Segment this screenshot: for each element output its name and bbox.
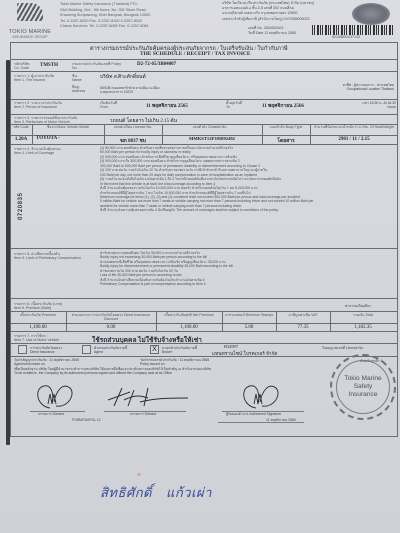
item6-label-th: รายการ 6. เบี้ยประกันภัย (บาท) — [14, 302, 62, 306]
stain-mark — [137, 473, 141, 476]
col-divider — [162, 124, 163, 144]
col-cc-seat-weight: จำนวนที่นั่ง/ขนาด/น้ำหนัก C.C./No. Of Se… — [312, 125, 396, 129]
divider — [10, 248, 398, 249]
broker-code: B32997 — [224, 344, 238, 349]
director1-signature-icon — [32, 380, 76, 410]
handwritten-name: สิทธิศักดิ์แก้วเผ่า — [100, 482, 212, 503]
col-model: ชื่อรถ Motor Vehicle Model — [32, 125, 104, 129]
handwritten-first-name: สิทธิศักดิ์ — [100, 486, 152, 501]
barcode-number: 82108892037133 — [332, 35, 360, 39]
authorized-date: 11 พฤศจิกายน 2565 — [266, 418, 296, 422]
vat-value: 77.35 — [276, 325, 330, 330]
col-divider — [66, 311, 67, 331]
item4-label-th: รายการ 4. จำนวนเงินคุ้มครอง — [14, 147, 61, 151]
address-line: เลขประจำตัวผู้เสียภาษี (สำนักงานใหญ่) 01… — [222, 17, 332, 22]
col-divider — [156, 311, 157, 331]
authorized-signature-icon — [238, 380, 282, 410]
agreement-date-en: Agreement made on — [14, 362, 45, 366]
col-stamps: อากรแสตมป์ Revenue Stamps — [222, 313, 276, 317]
cc-seat-weight: 2981 / 11 / 2.15 — [312, 137, 396, 142]
col-chassis: เลขตัวถัง Chassis No. — [162, 125, 258, 129]
divider — [10, 144, 398, 145]
divider — [10, 99, 398, 100]
vehicle-code: 1.20A — [10, 137, 32, 142]
coverage-line: ทั้งนี้ จำนวนเงินความคุ้มครองตามข้อ 4 นั… — [100, 208, 395, 212]
col-divider — [222, 311, 223, 331]
director2-signature-icon — [104, 384, 190, 408]
period-to: 11 พฤศจิกายน 2566 — [262, 102, 304, 110]
insured-name: บริษัท ส.ศิวะศักดิ์ยนต์ — [100, 73, 146, 81]
total-value: 1,182.35 — [330, 325, 396, 330]
seal-text-line: Tokio Marine — [344, 375, 381, 383]
form-code: FORM/TAXPOL 12 — [72, 418, 101, 422]
seal-text-line: Safety — [344, 383, 381, 391]
side-stamp-number: 0720835 — [18, 192, 24, 220]
agent-label-en: Agent — [94, 350, 103, 354]
director1-caption: กรรมการ Director — [38, 412, 65, 416]
authorized-caption: ผู้รับมอบอำนาจ Authorized Signature — [226, 412, 281, 416]
divider — [10, 323, 398, 324]
preliminary-compensation-text: ค่ารักษาพยาบาลต่อหนึ่งคน ไม่เกิน 30,000 … — [100, 251, 395, 287]
item5-label-en: Item 5. Limit of Preliminary Compensatio… — [14, 256, 81, 260]
tax-date-label: วันที่ Date — [248, 31, 263, 35]
logo-mark-icon — [17, 3, 43, 21]
divider — [10, 71, 398, 72]
item7-label-en: Item 7. Use of Motor Vehicle — [14, 338, 59, 342]
address-label: ที่อยู่: Address — [72, 85, 86, 94]
other-fees-label: ค่าธรรมเนียมอื่นๆ — [345, 304, 371, 308]
net-premium-value: 1,100.00 — [156, 325, 222, 330]
col-divider — [276, 311, 277, 331]
company-seal-icon — [352, 3, 390, 25]
stamps-value: 5.00 — [222, 325, 276, 330]
col-vat: ภาษีมูลค่าเพิ่ม VAT — [276, 313, 330, 317]
col-divider — [310, 124, 311, 144]
col-license: เลขทะเบียน License No. — [104, 125, 162, 129]
policy-document-page: TOKIO MARINE INSURANCE GROUP Tokio Marin… — [0, 0, 400, 533]
from-label: เริ่มต้นวันที่ From — [100, 101, 124, 110]
divider — [10, 59, 398, 60]
company-logo: TOKIO MARINE INSURANCE GROUP — [6, 3, 54, 39]
chassis-no: MMKST12F305092492 — [162, 136, 262, 141]
agent-checkbox — [82, 345, 91, 354]
broker-checkbox: X — [150, 345, 159, 354]
col-net-premium: เบี้ยประกันภัยสุทธิ Net Premium — [156, 313, 222, 317]
divider — [10, 331, 398, 332]
col-divider — [32, 124, 33, 144]
company-address-en: Tokio Marine Safety Insurance (Thailand)… — [60, 2, 200, 30]
compensation-line: Preliminary Compensation is part of comp… — [100, 282, 395, 286]
col-body-type: แบบตัวถัง Body Type — [262, 125, 310, 129]
divider — [10, 343, 398, 344]
logo-sub: INSURANCE GROUP — [6, 35, 54, 39]
vehicle-model: TOYOTA - — [36, 136, 60, 141]
col-divider — [262, 124, 263, 144]
item5-label-th: รายการ 5. ค่าเสียหายเบื้องต้น — [14, 252, 60, 256]
handwritten-last-name: แก้วเผ่า — [166, 486, 212, 501]
co-code-label: รหัสบริษัท Co. Code — [14, 62, 36, 71]
discount-value: 0.00 — [66, 325, 156, 330]
item2-label-th: รายการ 2. ระยะเวลาประกันภัย — [14, 101, 62, 105]
col-divider — [104, 124, 105, 144]
period-time: เวลา 16.30 น. At 16.30 hours — [360, 101, 396, 110]
witness-text-en: To be evidence, the Company by its autho… — [14, 371, 172, 375]
policy-no-label: กรมธรรม์ประกันภัยเลขที่ Policy No. — [72, 62, 122, 71]
item6-label-en: Item 6. Premium (Baht) — [14, 306, 51, 310]
barcode-icon — [312, 25, 394, 35]
item1-label-th: รายการ 1. ผู้เอาประกันภัย — [14, 74, 54, 78]
broker-label-en: Broker — [162, 350, 172, 354]
col-code: รหัส Code — [10, 125, 32, 129]
item4-label-en: Item 4. Limit of Coverage — [14, 151, 54, 155]
document-title-en: THE SCHEDULE / RECEIPT / TAX INVOICE — [140, 51, 250, 57]
company-address-th: บริษัท โตเกียวมารีนประกันภัย (ประเทศไทย)… — [222, 1, 332, 22]
to-label: สิ้นสุดวันที่ To — [226, 101, 244, 110]
tax-invoice-info: เลขที่ No. 2600004411 วันที่ Date 11 พฤศ… — [248, 26, 296, 36]
item2-label-en: Item 2. Period of Insurance — [14, 105, 57, 109]
occupation-en: Occupational Location Thailand — [347, 87, 394, 91]
col-total: รวมเงิน Total — [330, 313, 396, 317]
tax-date: 11 พฤศจิกายน 2565 — [264, 31, 295, 35]
policy-no-value: D2-72-65/3B04007 — [137, 62, 176, 67]
address-line2: จ.สมุทรปราการ 10270 — [100, 90, 133, 94]
premium-value: 1,100.00 — [10, 325, 66, 330]
divider — [10, 114, 398, 115]
address-line: Claims Services: Tel. 0-2257-8080 Fax. 0… — [60, 24, 200, 30]
divider — [10, 298, 398, 299]
director2-caption: กรรมการ Director — [130, 412, 157, 416]
company-seal-stamp: Tokio Marine Safety Insurance — [330, 354, 396, 420]
policy-issued-en: Policy issued on — [140, 362, 165, 366]
col-divider — [330, 311, 331, 331]
co-code-value: TMSTH — [40, 63, 58, 68]
divider — [10, 311, 398, 312]
period-from: 11 พฤศจิกายน 2565 — [146, 102, 188, 110]
direct-insurance-checkbox — [18, 345, 27, 354]
license-label: ใบอนุญาตเลขที่ License No. — [322, 346, 364, 350]
item3-label-th: รายการ 3. รายการรถยนต์ที่เอาประกันภัย — [14, 116, 77, 120]
col-discount: ส่วนลดจากการประกันภัยโดยตรง Direct Insur… — [66, 313, 156, 322]
tax-no-label: เลขที่ No. — [248, 26, 263, 30]
divider — [10, 356, 398, 357]
name-label: ชื่อ: Name — [72, 74, 86, 83]
coverage-text: (1) 80,000 บาท ต่อหนึ่งคน สำหรับความเสีย… — [100, 146, 395, 213]
col-premium: เบี้ยประกันภัย Premium — [10, 313, 66, 317]
item1-label-en: Item 1. The Insured — [14, 78, 45, 82]
tax-no: 2600004411 — [264, 26, 284, 30]
item7-label-th: รายการ 7. การใช้รถ : — [14, 334, 48, 338]
seal-text-line: Insurance — [344, 391, 381, 399]
direct-insurance-label-en: Direct Insurance — [30, 350, 55, 354]
